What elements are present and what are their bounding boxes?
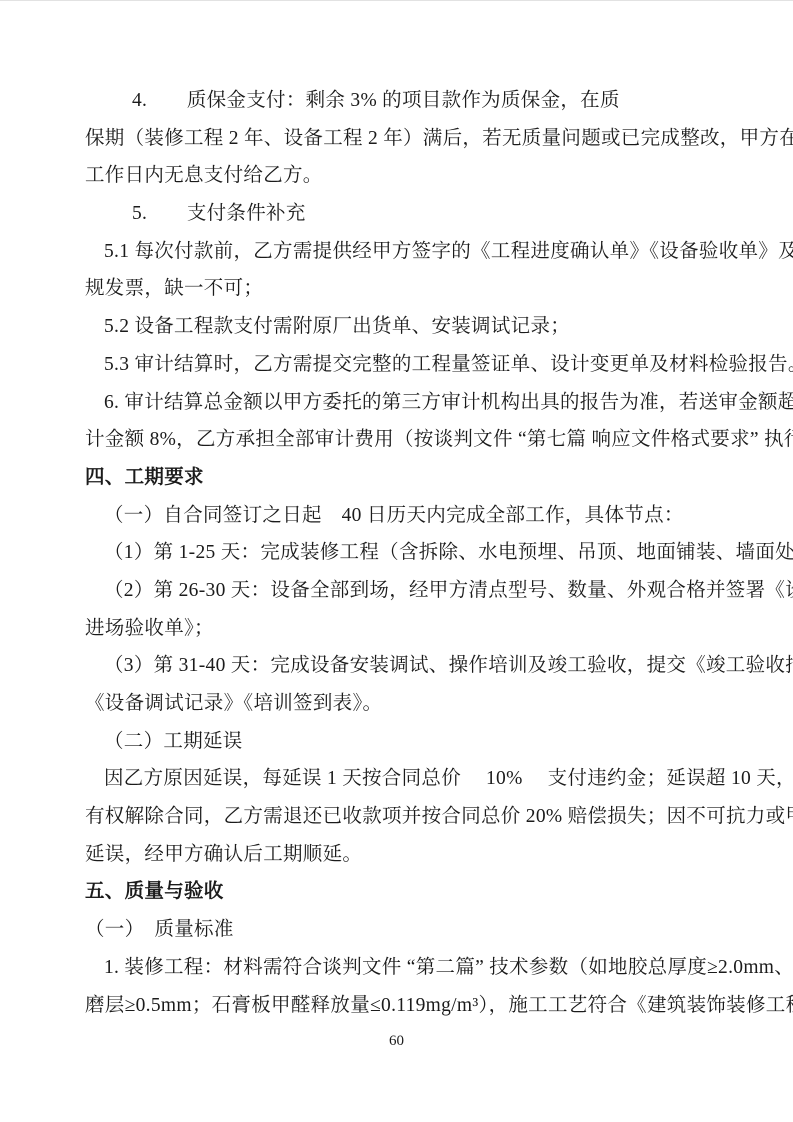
- text-line: 4. 质保金支付：剩余 3% 的项目款作为质保金，在质: [85, 82, 737, 120]
- text-line: （2）第 26-30 天：设备全部到场，经甲方清点型号、数量、外观合格并签署《设…: [85, 572, 737, 610]
- text-line: 保期（装修工程 2 年、设备工程 2 年）满后，若无质量问题或已完成整改，甲方在…: [85, 120, 737, 158]
- text-line: 因乙方原因延误，每延误 1 天按合同总价 10% 支付违约金；延误超 10 天，…: [85, 760, 737, 798]
- text-line: 5.3 审计结算时，乙方需提交完整的工程量签证单、设计变更单及材料检验报告。: [85, 346, 737, 384]
- section-heading: 四、工期要求: [85, 459, 737, 497]
- text-line: （一） 质量标准: [85, 911, 737, 949]
- text-line: （一）自合同签订之日起 40 日历天内完成全部工作，具体节点：: [85, 497, 737, 535]
- text-line: 5. 支付条件补充: [85, 195, 737, 233]
- text-line: 5.1 每次付款前，乙方需提供经甲方签字的《工程进度确认单》《设备验收单》及合: [85, 233, 737, 271]
- text-line: 计金额 8%，乙方承担全部审计费用（按谈判文件 “第七篇 响应文件格式要求” 执…: [85, 421, 737, 459]
- text-line: 磨层≥0.5mm；石膏板甲醛释放量≤0.119mg/m³），施工工艺符合《建筑装…: [85, 987, 737, 1025]
- text-line: 工作日内无息支付给乙方。: [85, 157, 737, 195]
- text-line: 延误，经甲方确认后工期顺延。: [85, 836, 737, 874]
- text-line: 有权解除合同，乙方需退还已收款项并按合同总价 20% 赔偿损失；因不可抗力或甲方…: [85, 798, 737, 836]
- text-line: 进场验收单》；: [85, 610, 737, 648]
- document-content: 4. 质保金支付：剩余 3% 的项目款作为质保金，在质保期（装修工程 2 年、设…: [85, 82, 737, 1024]
- text-line: （1）第 1-25 天：完成装修工程（含拆除、水电预埋、吊顶、地面铺装、墙面处理…: [85, 534, 737, 572]
- text-line: （3）第 31-40 天：完成设备安装调试、操作培训及竣工验收，提交《竣工验收报…: [85, 647, 737, 685]
- section-heading: 五、质量与验收: [85, 873, 737, 911]
- page-number: 60: [0, 1029, 793, 1053]
- text-line: 规发票，缺一不可；: [85, 270, 737, 308]
- document-page: 4. 质保金支付：剩余 3% 的项目款作为质保金，在质保期（装修工程 2 年、设…: [0, 0, 793, 1122]
- text-line: 5.2 设备工程款支付需附原厂出货单、安装调试记录；: [85, 308, 737, 346]
- text-line: 6. 审计结算总金额以甲方委托的第三方审计机构出具的报告为准，若送审金额超过审: [85, 384, 737, 422]
- text-line: （二）工期延误: [85, 723, 737, 761]
- text-line: 《设备调试记录》《培训签到表》。: [85, 685, 737, 723]
- text-line: 1. 装修工程：材料需符合谈判文件 “第二篇” 技术参数（如地胶总厚度≥2.0m…: [85, 949, 737, 987]
